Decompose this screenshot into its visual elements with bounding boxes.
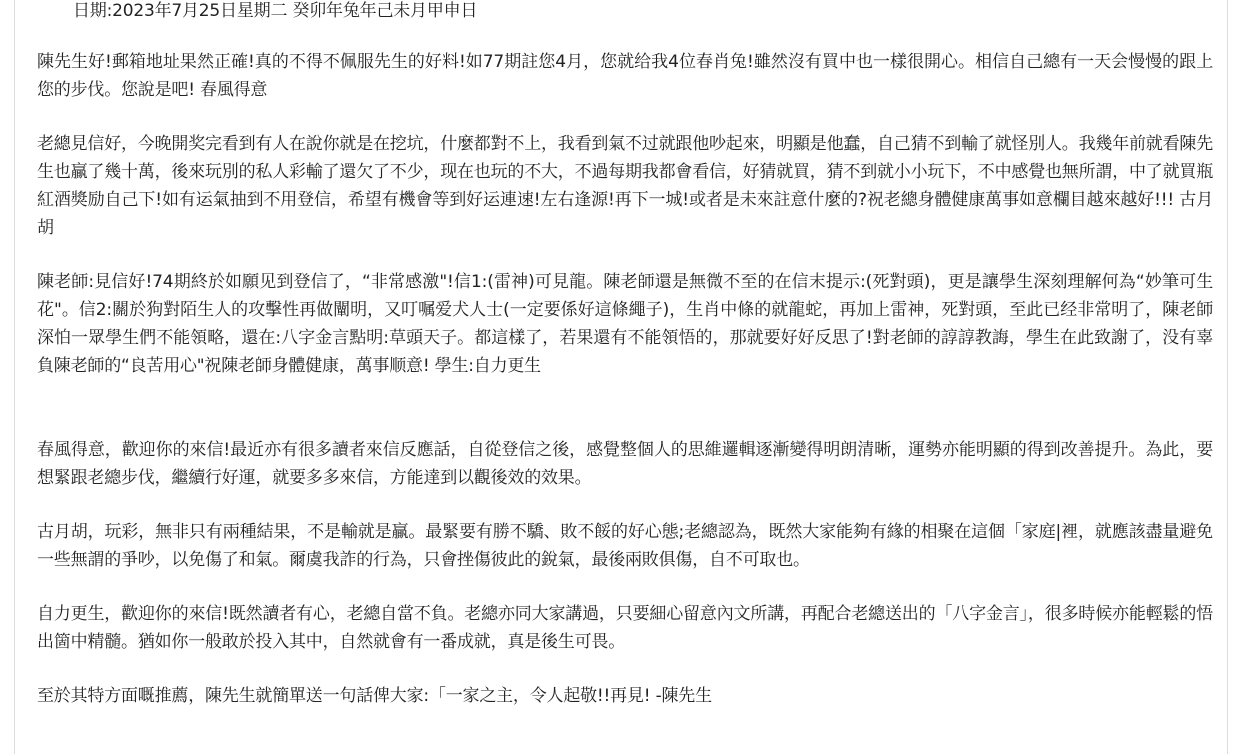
spacer <box>37 492 1213 518</box>
spacer <box>37 242 1213 268</box>
spacer <box>37 28 1213 48</box>
spacer <box>37 380 1213 436</box>
closing-remark: 至於其特方面嘅推薦，陳先生就簡單送一句話俾大家:「一家之主，令人起敬!!再見! … <box>37 682 1213 710</box>
reader-letter-2: 老總見信好，今晚開奖完看到有人在說你就是在挖坑，什麼都對不上，我看到氣不过就跟他… <box>37 130 1213 242</box>
spacer <box>37 574 1213 600</box>
reply-1: 春風得意，歡迎你的來信!最近亦有很多讀者來信反應話，自從登信之後，感覺整個人的思… <box>37 436 1213 492</box>
document-page: 日期:2023年7月25日星期二 癸卯年兔年己未月甲申日 陳先生好!郵箱地址果然… <box>14 0 1228 736</box>
date-line: 日期:2023年7月25日星期二 癸卯年兔年己未月甲申日 <box>37 0 1213 28</box>
reply-2: 古月胡，玩彩，無非只有兩種結果，不是輸就是贏。最緊要有勝不驕、敗不餒的好心態;老… <box>37 518 1213 574</box>
spacer <box>37 656 1213 682</box>
reader-letter-3: 陳老師:見信好!74期終於如願见到登信了，“非常感激"!信1:(雷神)可見龍。陳… <box>37 268 1213 380</box>
reply-3: 自力更生，歡迎你的來信!既然讀者有心，老總自當不負。老總亦同大家講過，只要細心留… <box>37 600 1213 656</box>
spacer <box>37 104 1213 130</box>
reader-letter-1: 陳先生好!郵箱地址果然正確!真的不得不佩服先生的好料!如77期註您4月，您就给我… <box>37 48 1213 104</box>
article-body: 日期:2023年7月25日星期二 癸卯年兔年己未月甲申日 陳先生好!郵箱地址果然… <box>37 0 1213 710</box>
